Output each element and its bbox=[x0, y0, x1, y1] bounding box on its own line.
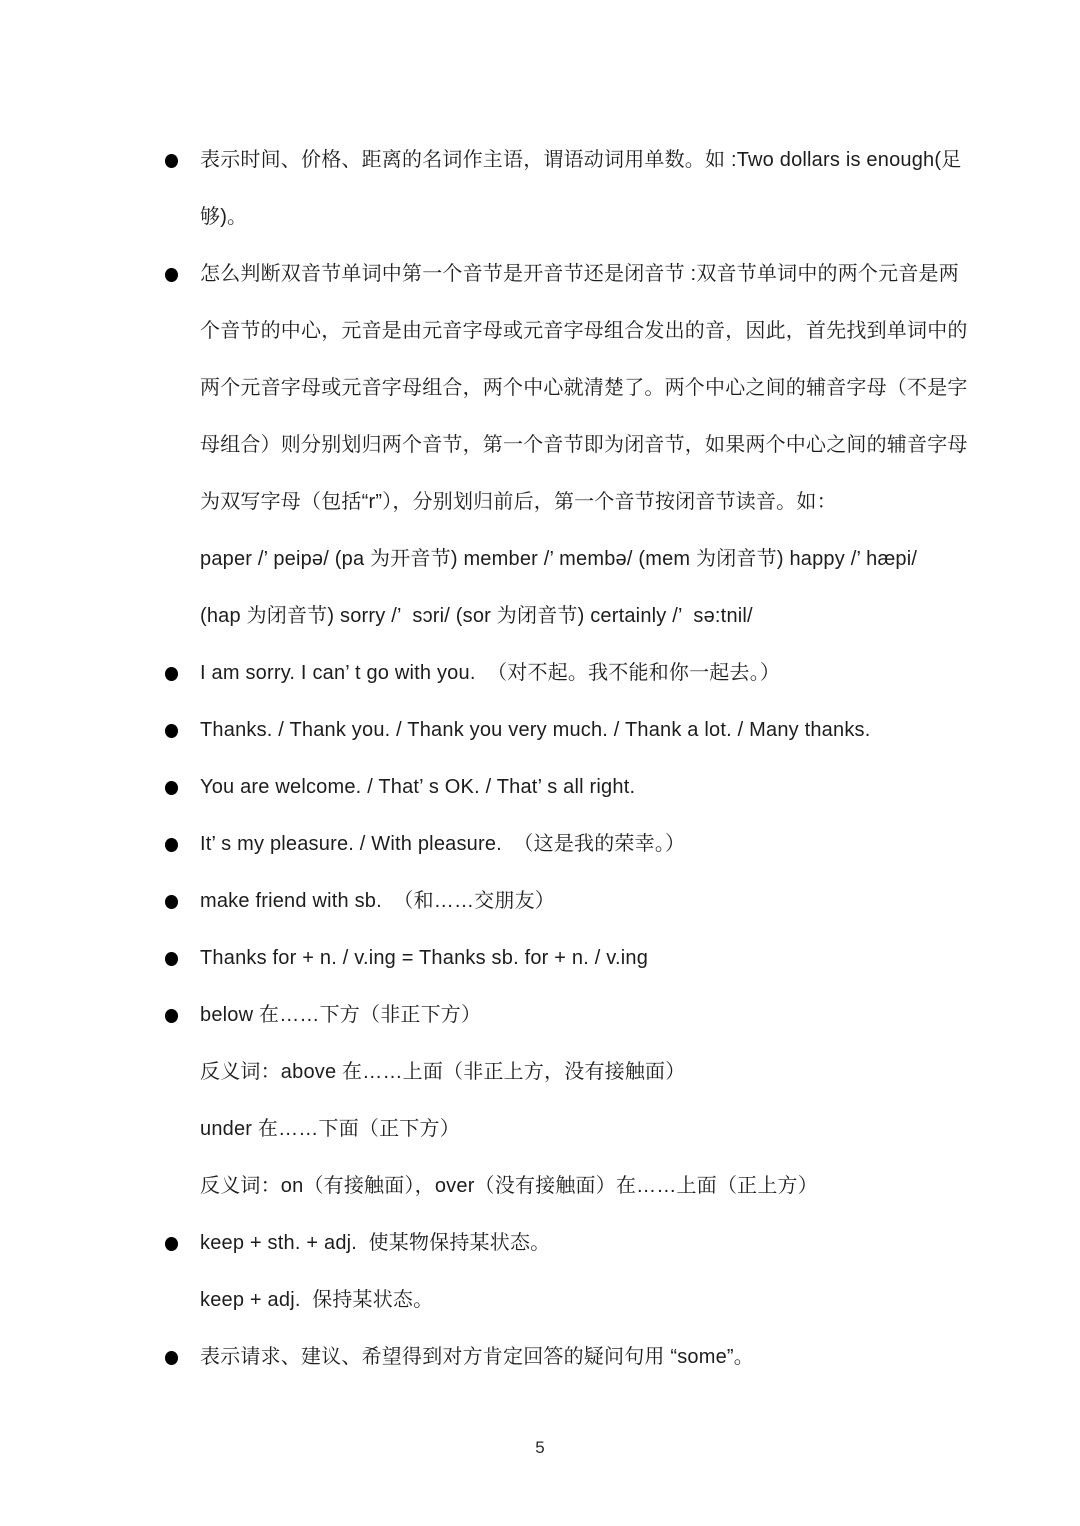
page-number: 5 bbox=[0, 1436, 1080, 1460]
text-line: under 在……下面（正下方） bbox=[200, 1101, 940, 1158]
list-item: You are welcome. / That’ s OK. / That’ s… bbox=[200, 759, 940, 816]
list-item: Thanks. / Thank you. / Thank you very mu… bbox=[200, 702, 940, 759]
bullet-marker-icon bbox=[165, 724, 178, 738]
bullet-marker-icon bbox=[165, 1237, 178, 1251]
bullet-line: 表示请求、建议、希望得到对方肯定回答的疑问句用 “some”。 bbox=[200, 1329, 940, 1386]
bullet-line: keep + sth. + adj. 使某物保持某状态。 bbox=[200, 1215, 940, 1272]
list-item: 表示时间、价格、距离的名词作主语，谓语动词用单数。如 :Two dollars … bbox=[200, 132, 940, 246]
bullet-line: Thanks. / Thank you. / Thank you very mu… bbox=[200, 702, 940, 759]
text-line: 母组合）则分别划归两个音节，第一个音节即为闭音节，如果两个中心之间的辅音字母 bbox=[200, 417, 940, 474]
bullet-marker-icon bbox=[165, 1009, 178, 1023]
bullet-marker-icon bbox=[165, 268, 178, 282]
text-line: paper /’ peipə/ (pa 为开音节) member /’ memb… bbox=[200, 531, 940, 588]
bullet-line: 怎么判断双音节单词中第一个音节是开音节还是闭音节 :双音节单词中的两个元音是两 bbox=[200, 246, 940, 303]
text-line: 个音节的中心，元音是由元音字母或元音字母组合发出的音，因此，首先找到单词中的 bbox=[200, 303, 940, 360]
bullet-line: make friend with sb. （和……交朋友） bbox=[200, 873, 940, 930]
bullet-line: 表示时间、价格、距离的名词作主语，谓语动词用单数。如 :Two dollars … bbox=[200, 132, 940, 189]
list-item: I am sorry. I can’ t go with you. （对不起。我… bbox=[200, 645, 940, 702]
bullet-line: below 在……下方（非正下方） bbox=[200, 987, 940, 1044]
text-line: 两个元音字母或元音字母组合，两个中心就清楚了。两个中心之间的辅音字母（不是字 bbox=[200, 360, 940, 417]
bullet-line: You are welcome. / That’ s OK. / That’ s… bbox=[200, 759, 940, 816]
list-item: Thanks for + n. / v.ing = Thanks sb. for… bbox=[200, 930, 940, 987]
bullet-line: It’ s my pleasure. / With pleasure. （这是我… bbox=[200, 816, 940, 873]
list-item: 表示请求、建议、希望得到对方肯定回答的疑问句用 “some”。 bbox=[200, 1329, 940, 1386]
bullet-marker-icon bbox=[165, 154, 178, 168]
text-line: (hap 为闭音节) sorry /’ sɔri/ (sor 为闭音节) cer… bbox=[200, 588, 940, 645]
list-item: 怎么判断双音节单词中第一个音节是开音节还是闭音节 :双音节单词中的两个元音是两个… bbox=[200, 246, 940, 645]
list-item: make friend with sb. （和……交朋友） bbox=[200, 873, 940, 930]
text-line: 反义词：on（有接触面），over（没有接触面）在……上面（正上方） bbox=[200, 1158, 940, 1215]
bullet-marker-icon bbox=[165, 667, 178, 681]
list-item: keep + sth. + adj. 使某物保持某状态。keep + adj. … bbox=[200, 1215, 940, 1329]
bullet-line: Thanks for + n. / v.ing = Thanks sb. for… bbox=[200, 930, 940, 987]
bullet-marker-icon bbox=[165, 838, 178, 852]
bullet-marker-icon bbox=[165, 1351, 178, 1365]
document-page: 表示时间、价格、距离的名词作主语，谓语动词用单数。如 :Two dollars … bbox=[0, 0, 1080, 1526]
bullet-marker-icon bbox=[165, 781, 178, 795]
text-line: 为双写字母（包括“r”），分别划归前后，第一个音节按闭音节读音。如： bbox=[200, 474, 940, 531]
text-line: keep + adj. 保持某状态。 bbox=[200, 1272, 940, 1329]
list-item: below 在……下方（非正下方）反义词：above 在……上面（非正上方，没有… bbox=[200, 987, 940, 1215]
bullet-line: I am sorry. I can’ t go with you. （对不起。我… bbox=[200, 645, 940, 702]
bullet-marker-icon bbox=[165, 952, 178, 966]
document-content: 表示时间、价格、距离的名词作主语，谓语动词用单数。如 :Two dollars … bbox=[200, 132, 940, 1386]
bullet-marker-icon bbox=[165, 895, 178, 909]
list-item: It’ s my pleasure. / With pleasure. （这是我… bbox=[200, 816, 940, 873]
text-line: 反义词：above 在……上面（非正上方，没有接触面） bbox=[200, 1044, 940, 1101]
text-line: 够)。 bbox=[200, 189, 940, 246]
